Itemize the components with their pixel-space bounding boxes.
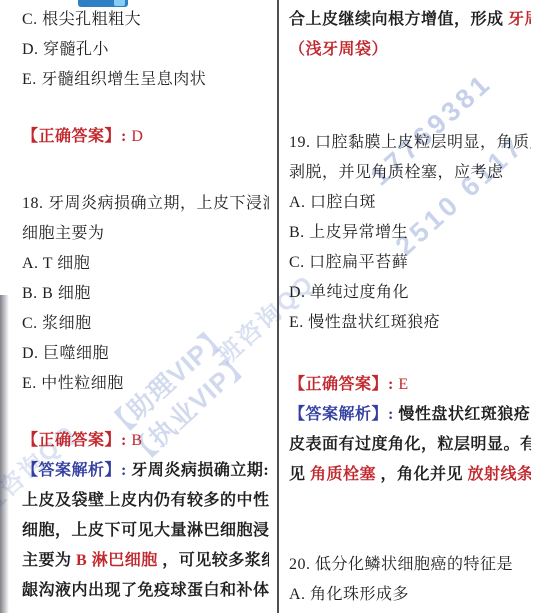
analysis-highlight: 放射线条纹 xyxy=(468,466,531,483)
answer-option: C. 根尖孔粗粗大 xyxy=(22,5,269,35)
answer-analysis-line: 上皮及袋壁上皮内仍有较多的中性粒 xyxy=(22,486,269,516)
answer-option: E. 慢性盘状红斑狼疮 xyxy=(289,308,531,338)
analysis-text: ，角化并见 xyxy=(381,466,464,483)
correct-answer-value: D xyxy=(131,128,143,145)
left-column: C. 根尖孔粗粗大 D. 穿髓孔小 E. 牙髓组织增生呈息肉状 【正确答案】: … xyxy=(0,0,277,606)
analysis-text: 牙周炎病损确立期:结合 xyxy=(131,462,269,479)
answer-option: D. 穿髓孔小 xyxy=(22,35,269,65)
answer-analysis-line: 【答案解析】: 慢性盘状红斑狼疮：上 xyxy=(289,400,531,430)
answer-analysis-line: 龈沟液内出现了免疫球蛋白和补体. 结 xyxy=(22,576,269,606)
analysis-continuation-line: （浅牙周袋） xyxy=(289,35,531,65)
question-stem: 20. 低分化鳞状细胞癌的特征是 xyxy=(289,550,531,580)
analysis-continuation-line: 合上皮继续向根方增值，形成 牙周袋 xyxy=(289,5,531,35)
question-stem: 剥脱，并见角质栓塞，应考虑 xyxy=(289,158,531,188)
question-stem: 19. 口腔黏膜上皮粒层明显，角质层有 xyxy=(289,128,531,158)
answer-option: A. T 细胞 xyxy=(22,249,269,279)
left-edge-shadow xyxy=(0,295,9,613)
right-column: 合上皮继续向根方增值，形成 牙周袋 （浅牙周袋） 19. 口腔黏膜上皮粒层明显，… xyxy=(279,0,535,610)
question-stem: 细胞主要为 xyxy=(22,219,269,249)
answer-analysis-line: 见 角质栓塞 ，角化并见 放射线条纹 xyxy=(289,460,531,490)
analysis-text: 见 xyxy=(289,466,306,483)
answer-option: A. 口腔白斑 xyxy=(289,188,531,218)
answer-option: E. 牙髓组织增生呈息肉状 xyxy=(22,65,269,95)
answer-option: E. 中性粒细胞 xyxy=(22,369,269,399)
answer-option: B. 上皮异常增生 xyxy=(289,218,531,248)
analysis-text: 合上皮继续向根方增值，形成 xyxy=(289,11,504,28)
correct-answer-line: 【正确答案】: D xyxy=(22,122,269,152)
analysis-highlight: 角质栓塞 xyxy=(310,466,376,483)
answer-option: A. 角化珠形成多 xyxy=(289,580,531,610)
correct-answer-line: 【正确答案】: E xyxy=(289,370,531,400)
exam-document-page: 17769381 2510 6117 班咨询QQ 【助理VIP】 【执业VIP】… xyxy=(0,0,535,613)
analysis-text: ，可见较多浆细胞。 xyxy=(162,552,269,569)
correct-answer-label: 【正确答案】: xyxy=(22,128,127,145)
analysis-highlight: （浅牙周袋） xyxy=(289,41,388,58)
analysis-highlight: B 淋巴细胞 xyxy=(76,552,158,569)
answer-option: C. 口腔扁平苔藓 xyxy=(289,248,531,278)
correct-answer-value: E xyxy=(398,376,408,393)
correct-answer-label: 【正确答案】: xyxy=(22,432,127,449)
answer-analysis-line: 皮表面有过度角化，粒层明显。有时可 xyxy=(289,430,531,460)
correct-answer-label: 【正确答案】: xyxy=(289,376,394,393)
answer-analysis-line: 【答案解析】: 牙周炎病损确立期:结合 xyxy=(22,456,269,486)
answer-option: D. 巨噬细胞 xyxy=(22,339,269,369)
analysis-highlight: 牙周袋 xyxy=(508,11,531,28)
answer-option: B. B 细胞 xyxy=(22,279,269,309)
answer-option: D. 单纯过度角化 xyxy=(289,278,531,308)
correct-answer-value: B xyxy=(131,432,142,449)
analysis-label: 【答案解析】: xyxy=(289,406,394,423)
analysis-label: 【答案解析】: xyxy=(22,462,127,479)
analysis-text: 慢性盘状红斑狼疮：上 xyxy=(398,406,531,423)
answer-analysis-line: 主要为 B 淋巴细胞 ，可见较多浆细胞。 xyxy=(22,546,269,576)
answer-analysis-line: 细胞，上皮下可见大量淋巴细胞浸润， xyxy=(22,516,269,546)
correct-answer-line: 【正确答案】: B xyxy=(22,426,269,456)
question-stem: 18. 牙周炎病损确立期，上皮下浸润的 xyxy=(22,189,269,219)
analysis-text: 主要为 xyxy=(22,552,72,569)
answer-option: C. 浆细胞 xyxy=(22,309,269,339)
